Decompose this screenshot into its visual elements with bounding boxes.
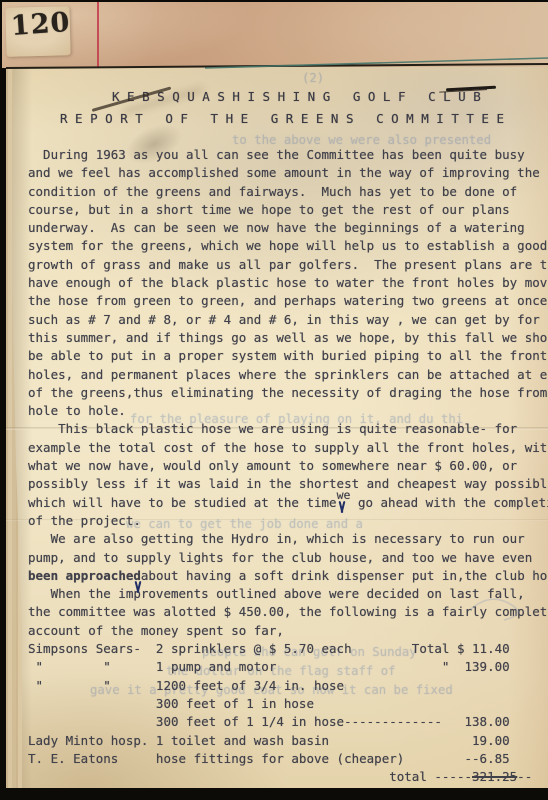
typed-line: course, but in a short time we hope to g… [28, 201, 548, 219]
album-band: 120 [2, 2, 548, 68]
typed-line: the hose from green to green, and perhap… [28, 292, 548, 310]
document-title-line1: K E B S Q U A S H I S H I N G G O L F C … [112, 89, 481, 104]
typed-line: " " 1 pump and motor " 139.00 [28, 658, 548, 676]
typed-line: T. E. Eatons hose fittings for above (ch… [28, 750, 548, 768]
typed-line: This black plastic hose we are using is … [28, 420, 548, 438]
ghost-text: to the above we were also presented [232, 133, 491, 147]
typed-line: account of the money spent so far, [28, 622, 548, 640]
scanned-album-page: 120 (2)to the above we were also present… [0, 0, 548, 800]
typed-line: hole to hole. [28, 402, 548, 420]
typed-line: of the project. [28, 512, 548, 530]
typed-line: have enough of the black plastic hose to… [28, 274, 548, 292]
typed-line: Simpsons Sears- 2 sprinklers @ $ 5.70 ea… [28, 640, 548, 658]
typed-line: During 1963 as you all can see the Commi… [28, 146, 548, 164]
typed-line: Lady Minto hosp. 1 toilet and wash basin… [28, 732, 548, 750]
typed-line: which will have to be studied at the tim… [28, 494, 548, 512]
typed-line: 300 feet of 1 1/4 in hose------------- 1… [28, 713, 548, 731]
red-margin-rule [97, 2, 99, 68]
typed-line: condition of the greens and fairways. Mu… [28, 183, 548, 201]
typed-line: of the greens,thus eliminating the neces… [28, 384, 548, 402]
document-title-line2: R E P O R T O F T H E G R E E N S C O M … [60, 111, 504, 126]
page-number: 120 [10, 7, 71, 42]
typed-line: growth of grass and make us all par golf… [28, 256, 548, 274]
typed-line: When the improvements outlined above wer… [28, 585, 548, 603]
document-page: (2)to the above we were also presentedfo… [6, 67, 548, 788]
typed-line: 300 feet of 1 in hose [28, 695, 548, 713]
typed-line: the committee was alotted $ 450.00, the … [28, 603, 548, 621]
typed-line: and we feel has accomplished some amount… [28, 164, 548, 182]
typed-line: We are also getting the Hydro in, which … [28, 530, 548, 548]
typed-line: " " 1200 feet of 3/4 in. hose [28, 677, 548, 695]
insertion-caret [337, 501, 347, 513]
typed-line: this summer, and if things go as well as… [28, 329, 548, 347]
typed-line: underway. As can be seen we now have the… [28, 219, 548, 237]
typed-line: such as # 7 and # 8, or # 4 and # 6, in … [28, 311, 548, 329]
typed-line: been approachedabout having a soft drink… [28, 567, 548, 585]
ghost-text: (2) [302, 71, 324, 85]
typed-line: example the total cost of the hose to su… [28, 439, 548, 457]
typed-line: be able to put in a proper system with b… [28, 347, 548, 365]
typed-lines: During 1963 as you all can see the Commi… [28, 146, 548, 786]
typed-line: possibly less if it was laid in the shor… [28, 475, 548, 493]
typed-line: total -----321.25-- [28, 768, 548, 786]
typed-line: system for the greens, which we hope wil… [28, 237, 548, 255]
typed-line: pump, and to supply lights for the club … [28, 549, 548, 567]
insertion-caret [133, 581, 143, 593]
typed-line: holes, and permanent places where the sp… [28, 366, 548, 384]
typed-line: what we now have, would only amount to s… [28, 457, 548, 475]
